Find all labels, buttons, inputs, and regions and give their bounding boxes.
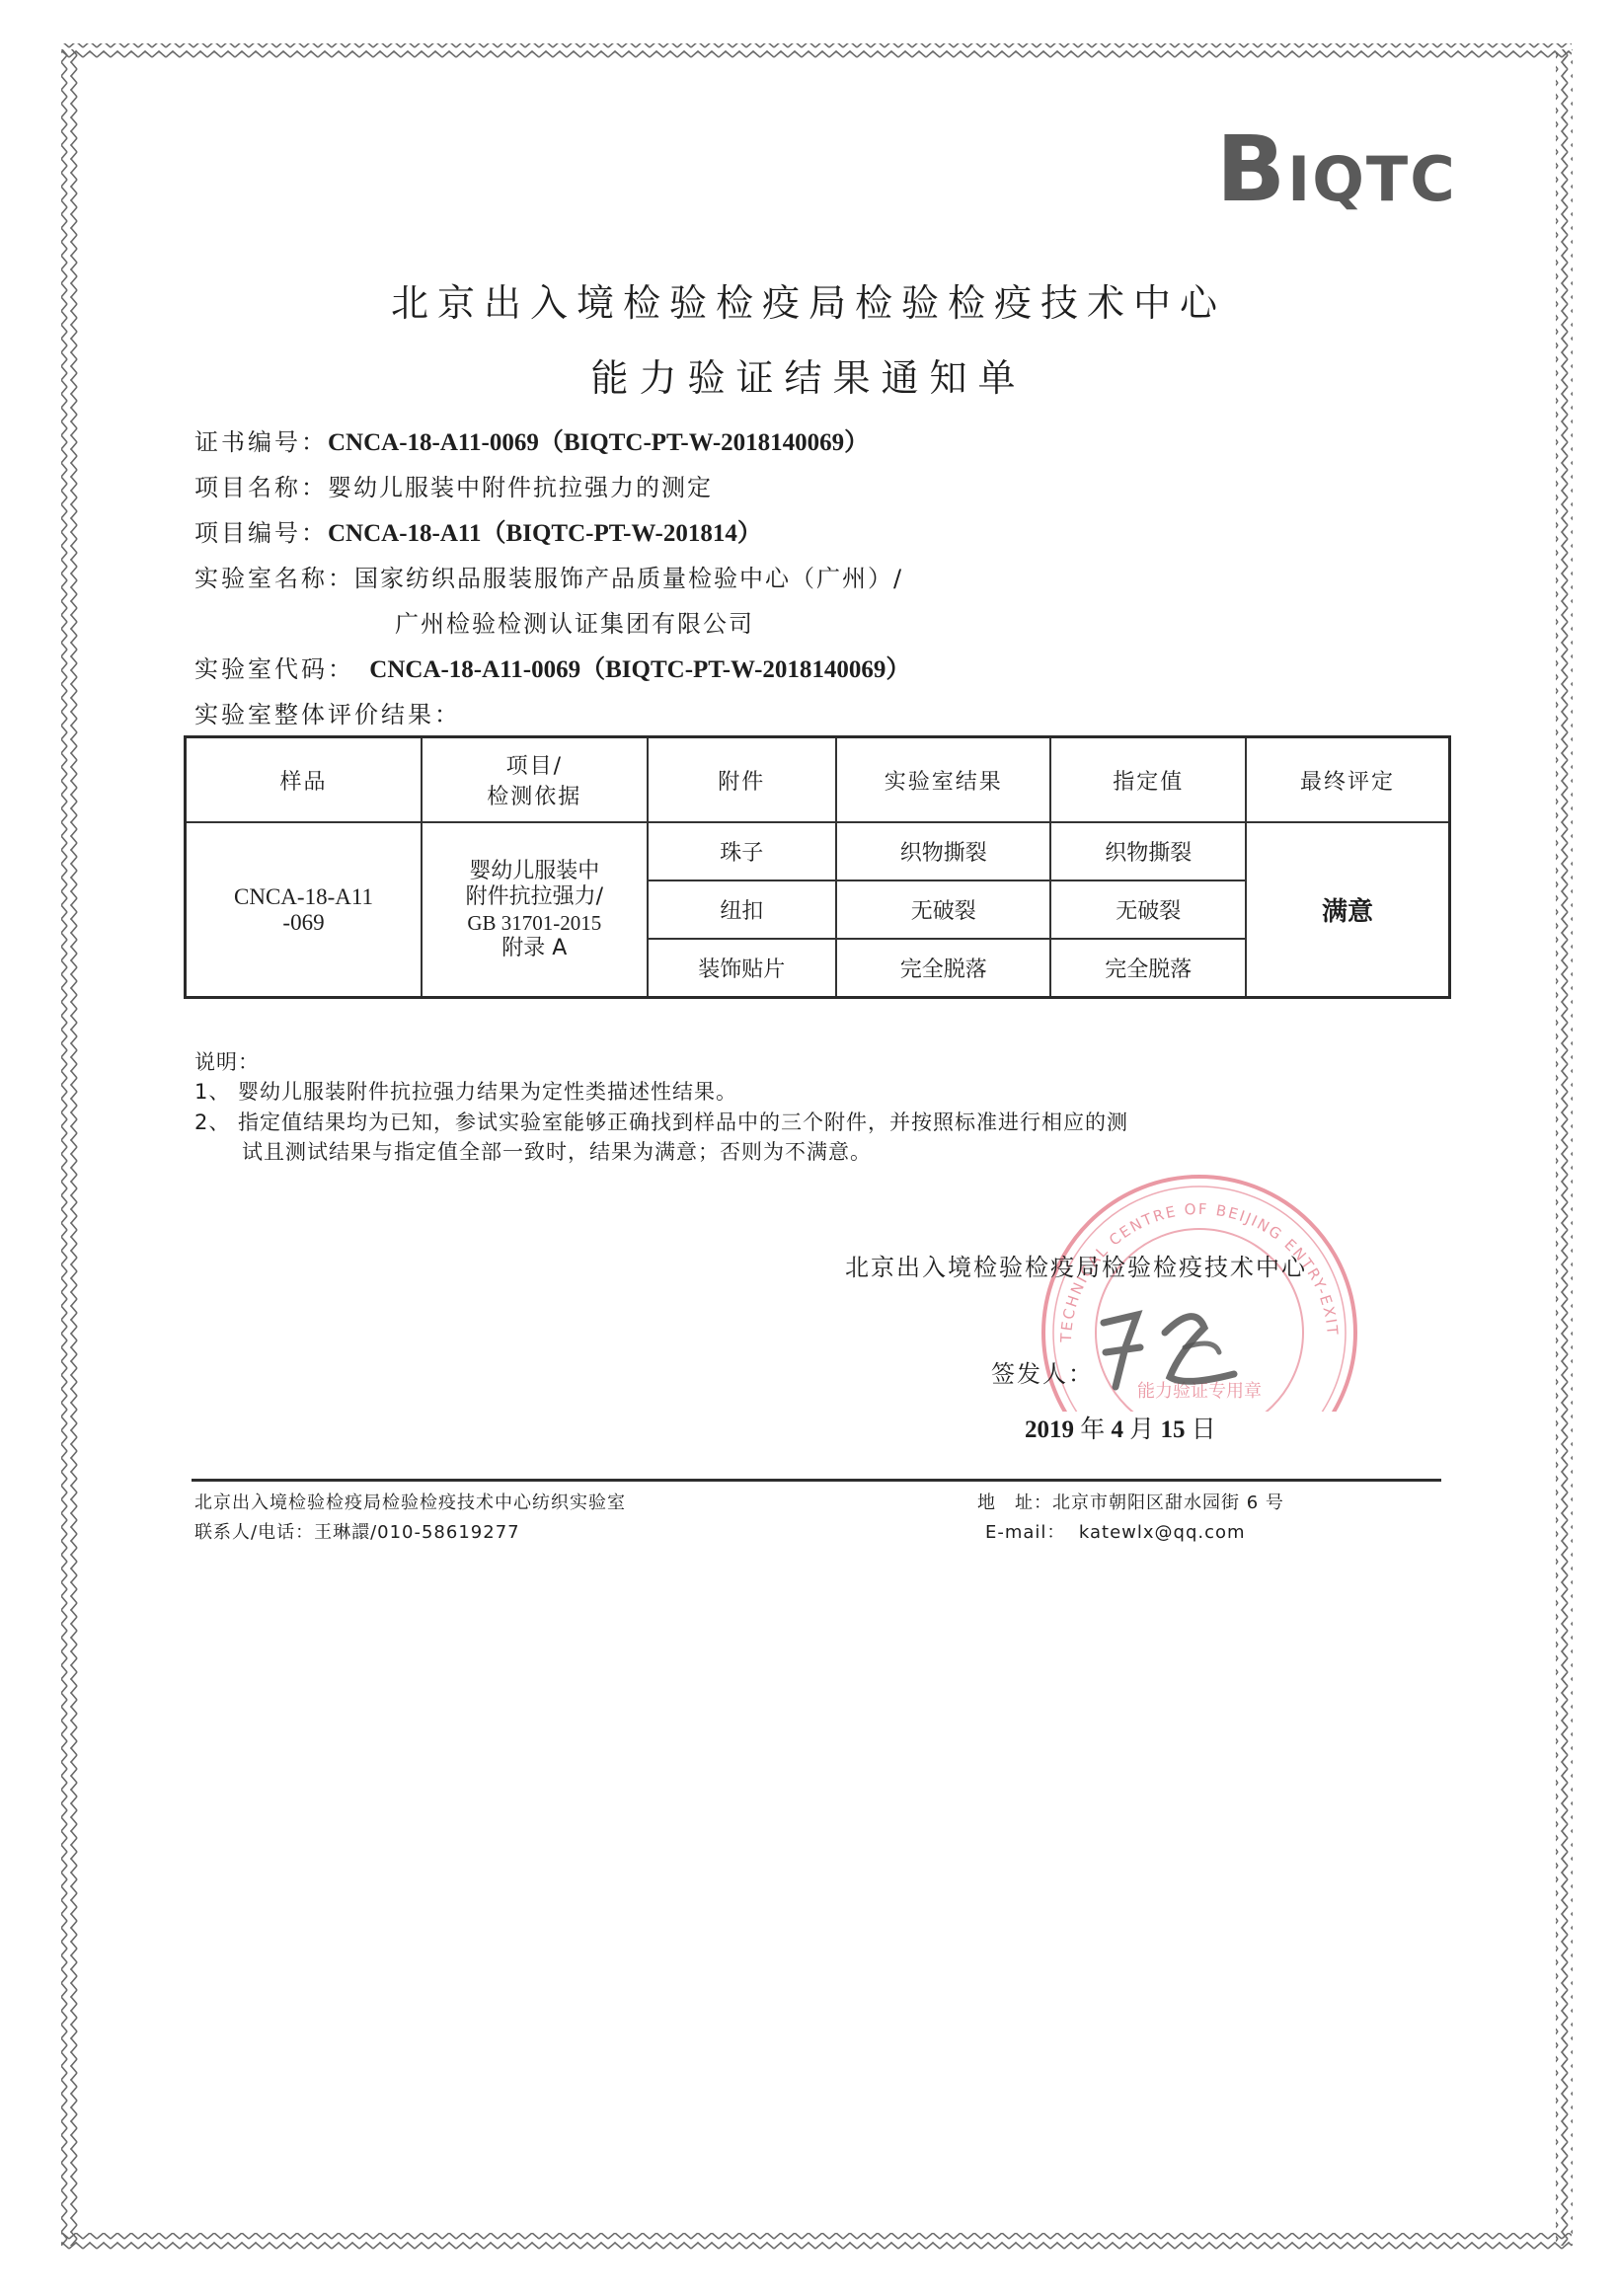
handwritten-signature [1086,1293,1244,1402]
header-sample: 样品 [186,737,423,823]
date-day-unit: 日 [1192,1415,1216,1443]
footer-address-label: 地 址： [977,1492,1052,1513]
footer-address-value: 北京市朝阳区甜水园街 6 号 [1052,1492,1284,1513]
footer-address: 地 址：北京市朝阳区甜水园街 6 号 [977,1489,1284,1514]
header-assigned-value: 指定值 [1050,737,1246,823]
overall-evaluation-row: 实验室整体评价结果： [194,695,461,729]
header-item-line1: 项目/ [423,749,647,780]
footer-divider [192,1479,1441,1482]
logo-letter-b: B [1216,116,1287,222]
basis-line1: 婴幼儿服装中 [423,859,647,884]
lab-code-label: 实验室代码： [194,655,354,683]
project-number-label: 项目编号： [194,519,328,547]
biqtc-logo: BIQTC [1216,116,1457,222]
project-name-row: 项目名称：婴幼儿服装中附件抗拉强力的测定 [194,468,713,502]
footer-email-value[interactable]: katewlx@qq.com [1079,1522,1246,1543]
header-item-basis: 项目/ 检测依据 [422,737,648,823]
org-title: 北京出入境检验检疫局检验检疫技术中心 [0,272,1617,327]
date-day: 15 [1161,1416,1186,1443]
results-table: 样品 项目/ 检测依据 附件 实验室结果 指定值 最终评定 CNCA-18-A1… [184,735,1451,999]
lab-name-value-line2: 广州检验检测认证集团有限公司 [395,610,754,638]
lab-name-line2-row: 广州检验检测认证集团有限公司 [395,604,754,639]
document-title: 能力验证结果通知单 [0,347,1617,402]
certificate-number-row: 证书编号：CNCA-18-A11-0069（BIQTC-PT-W-2018140… [194,422,869,458]
header-attachment: 附件 [648,737,837,823]
project-number-value: CNCA-18-A11（BIQTC-PT-W-201814） [328,520,762,547]
lab-name-label: 实验室名称： [194,565,354,592]
attachment-cell: 装饰贴片 [648,939,837,998]
basis-line2: 附件抗拉强力/ [423,884,647,910]
project-name-value: 婴幼儿服装中附件抗拉强力的测定 [328,474,713,501]
lab-name-value-line1: 国家纺织品服装服饰产品质量检验中心（广州）/ [354,565,903,592]
footer-lab-name: 北京出入境检验检疫局检验检疫技术中心纺织实验室 [194,1489,626,1514]
lab-code-value: CNCA-18-A11-0069（BIQTC-PT-W-2018140069） [369,656,910,683]
footer-email-label: E-mail： [985,1522,1065,1543]
assigned-value-cell: 完全脱落 [1050,939,1246,998]
project-number-row: 项目编号：CNCA-18-A11（BIQTC-PT-W-201814） [194,513,762,549]
basis-cell: 婴幼儿服装中 附件抗拉强力/ GB 31701-2015 附录 A [422,822,648,998]
sample-line1: CNCA-18-A11 [187,884,421,910]
note-item-2-line1: 2、 指定值结果均为已知，参试实验室能够正确找到样品中的三个附件，并按照标准进行… [194,1107,1128,1136]
certificate-number-label: 证书编号： [194,428,328,456]
footer-contact: 联系人/电话：王琳譞/010-58619277 [194,1518,520,1544]
basis-line4: 附录 A [423,936,647,961]
lab-code-row: 实验室代码： CNCA-18-A11-0069（BIQTC-PT-W-20181… [194,650,910,685]
certificate-number-value: CNCA-18-A11-0069（BIQTC-PT-W-2018140069） [328,429,869,456]
attachment-cell: 纽扣 [648,880,837,939]
issue-date: 2019 年 4 月 15 日 [1025,1410,1216,1445]
lab-result-cell: 无破裂 [836,880,1050,939]
note-item-2-line2: 试且测试结果与指定值全部一致时，结果为满意；否则为不满意。 [242,1136,872,1166]
overall-evaluation-label: 实验室整体评价结果： [194,701,461,728]
basis-line3: GB 31701-2015 [423,910,647,936]
lab-result-cell: 织物撕裂 [836,822,1050,880]
assigned-value-cell: 无破裂 [1050,880,1246,939]
table-row: CNCA-18-A11 -069 婴幼儿服装中 附件抗拉强力/ GB 31701… [186,822,1450,880]
signing-organization: 北京出入境检验检疫局检验检疫技术中心 [845,1248,1307,1282]
notes-title: 说明： [194,1046,260,1076]
sample-line2: -069 [187,910,421,936]
project-name-label: 项目名称： [194,474,328,501]
assigned-value-cell: 织物撕裂 [1050,822,1246,880]
logo-letters: IQTC [1287,143,1457,215]
header-item-line2: 检测依据 [423,780,647,810]
sample-cell: CNCA-18-A11 -069 [186,822,423,998]
lab-name-row: 实验室名称：国家纺织品服装服饰产品质量检验中心（广州）/ [194,559,903,593]
footer-email: E-mail： katewlx@qq.com [985,1518,1246,1544]
note-item-1: 1、 婴幼儿服装附件抗拉强力结果为定性类描述性结果。 [194,1076,737,1106]
signer-label: 签发人： [991,1354,1094,1389]
header-final-rating: 最终评定 [1246,737,1450,823]
date-month: 4 [1112,1416,1124,1443]
date-year-unit: 年 [1080,1415,1105,1443]
attachment-cell: 珠子 [648,822,837,880]
date-month-unit: 月 [1129,1415,1154,1443]
lab-result-cell: 完全脱落 [836,939,1050,998]
header-lab-result: 实验室结果 [836,737,1050,823]
final-rating-cell: 满意 [1246,822,1450,998]
date-year: 2019 [1025,1416,1074,1443]
table-header-row: 样品 项目/ 检测依据 附件 实验室结果 指定值 最终评定 [186,737,1450,823]
